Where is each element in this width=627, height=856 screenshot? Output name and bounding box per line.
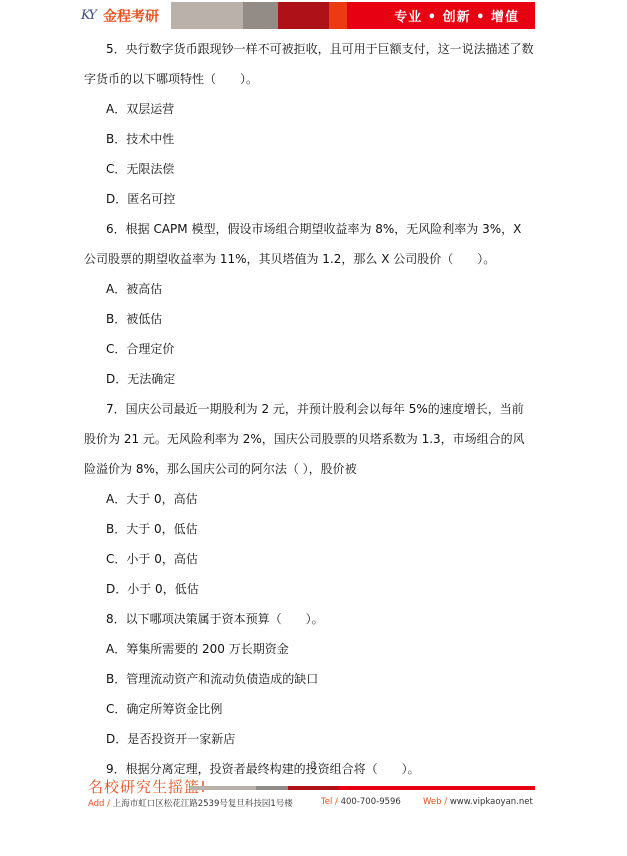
question-7-option-c: C．小于 0，高估 bbox=[84, 544, 534, 574]
banner-segment-orange bbox=[329, 2, 347, 29]
logo-mark-icon: KY bbox=[80, 8, 101, 23]
question-8-stem: 8．以下哪项决策属于资本预算（ ）。 bbox=[84, 604, 534, 634]
banner-segment-dark-red bbox=[278, 2, 329, 29]
tel-value: 400-700-9596 bbox=[341, 797, 401, 807]
header-banner: KY 金程考研 专业 • 创新 • 增值 bbox=[80, 2, 535, 29]
web-label: Web / bbox=[423, 797, 447, 807]
question-8-option-b: B．管理流动资产和流动负债造成的缺口 bbox=[84, 664, 534, 694]
question-6-option-a: A．被高估 bbox=[84, 274, 534, 304]
question-8-option-d: D．是否投资开一家新店 bbox=[84, 724, 534, 754]
footer-address: Add / 上海市虹口区松花江路2539号复旦科技园1号楼 bbox=[88, 797, 293, 809]
footer-bar-light-gray bbox=[190, 786, 256, 790]
footer-bar-dark-gray bbox=[256, 786, 288, 790]
footer-bar-red bbox=[338, 786, 535, 790]
question-6-option-d: D．无法确定 bbox=[84, 364, 534, 394]
logo: KY 金程考研 bbox=[80, 2, 171, 29]
question-5-stem: 5．央行数字货币跟现钞一样不可被拒收，且可用于巨额支付，这一说法描述了数字货币的… bbox=[84, 34, 534, 94]
question-7-option-b: B．大于 0，低估 bbox=[84, 514, 534, 544]
tel-label: Tel / bbox=[321, 797, 338, 807]
question-6-option-b: B．被低估 bbox=[84, 304, 534, 334]
web-value: www.vipkaoyan.net bbox=[450, 797, 533, 807]
address-label: Add / bbox=[88, 799, 110, 809]
banner-slogan: 专业 • 创新 • 增值 bbox=[347, 2, 535, 29]
question-7-option-a: A．大于 0，高估 bbox=[84, 484, 534, 514]
banner-segment-dark-gray bbox=[243, 2, 278, 29]
logo-text: 金程考研 bbox=[103, 6, 159, 26]
question-8-option-c: C．确定所筹资金比例 bbox=[84, 694, 534, 724]
document-body: 5．央行数字货币跟现钞一样不可被拒收，且可用于巨额支付，这一说法描述了数字货币的… bbox=[84, 34, 534, 784]
page-number: 2 bbox=[0, 758, 627, 773]
question-5-option-d: D．匿名可控 bbox=[84, 184, 534, 214]
question-6-option-c: C．合理定价 bbox=[84, 334, 534, 364]
question-5-option-a: A．双层运营 bbox=[84, 94, 534, 124]
address-value: 上海市虹口区松花江路2539号复旦科技园1号楼 bbox=[113, 799, 293, 809]
footer-color-bar bbox=[190, 786, 535, 790]
question-5-option-c: C．无限法偿 bbox=[84, 154, 534, 184]
question-8-option-a: A．筹集所需要的 200 万长期资金 bbox=[84, 634, 534, 664]
footer-web: Web / www.vipkaoyan.net bbox=[423, 797, 533, 807]
banner-segment-light-gray bbox=[171, 2, 243, 29]
question-5-option-b: B．技术中性 bbox=[84, 124, 534, 154]
question-7-option-d: D．小于 0，低估 bbox=[84, 574, 534, 604]
question-7-stem: 7．国庆公司最近一期股利为 2 元，并预计股利会以每年 5%的速度增长，当前股价… bbox=[84, 394, 534, 484]
footer-bar-dark-red bbox=[288, 786, 338, 790]
footer-tel: Tel / 400-700-9596 bbox=[321, 797, 401, 807]
question-6-stem: 6．根据 CAPM 模型，假设市场组合期望收益率为 8%，无风险利率为 3%，X… bbox=[84, 214, 534, 274]
